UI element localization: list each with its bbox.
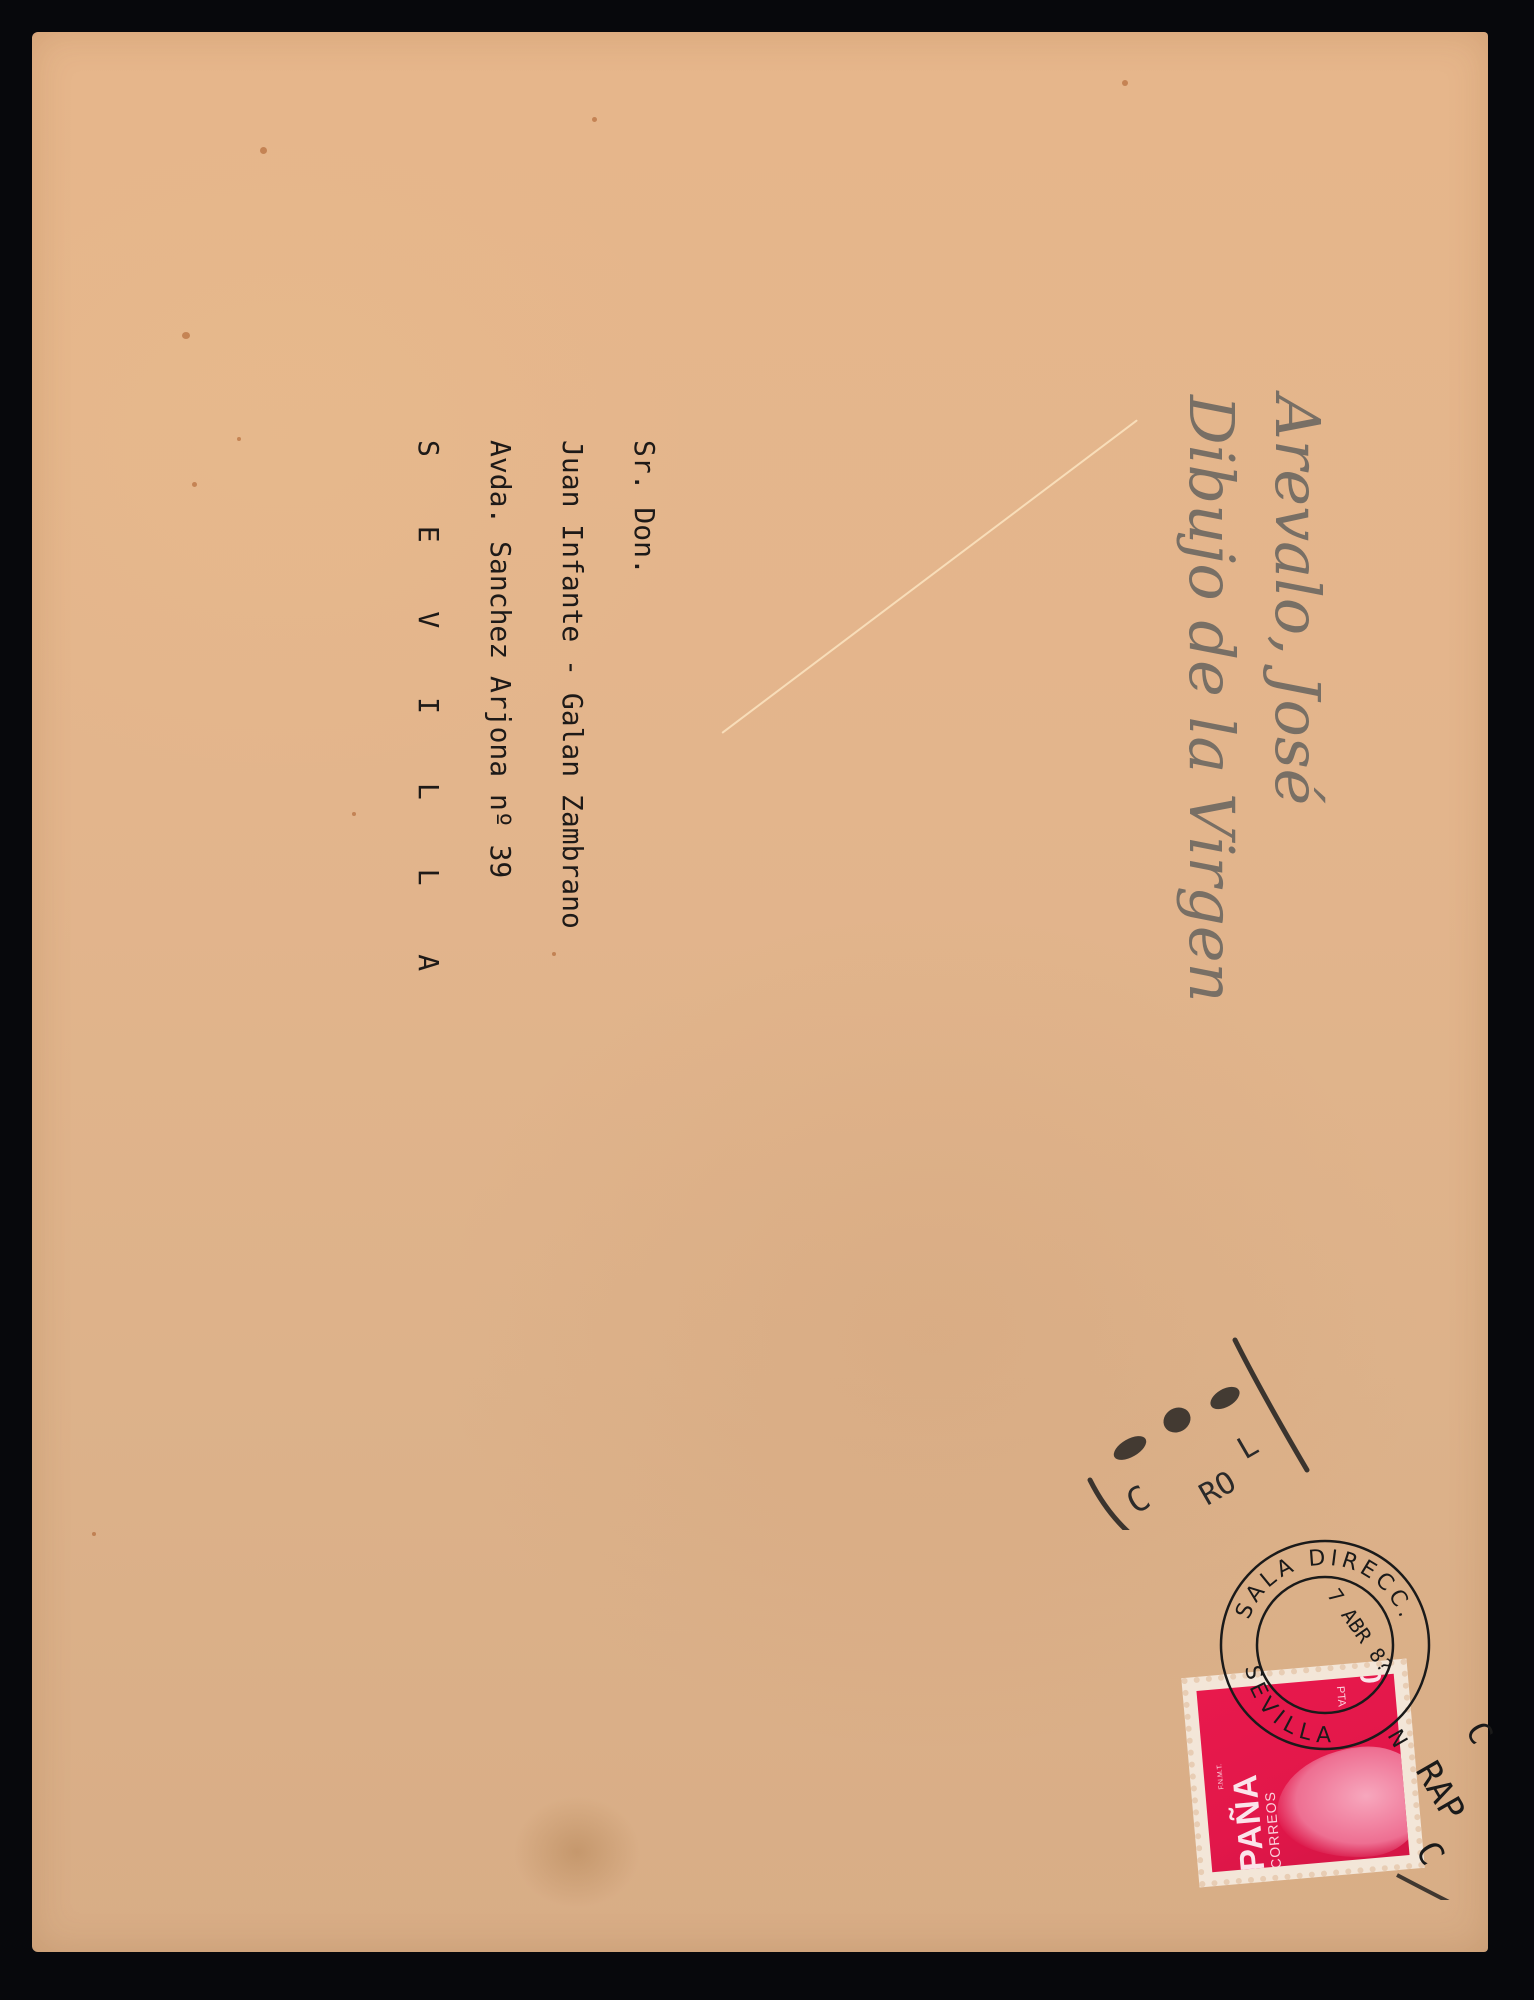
svg-text:RO: RO: [1194, 1465, 1243, 1513]
svg-text:L: L: [1232, 1428, 1265, 1467]
recipient-address: Sr. Don. Juan Infante - Galan Zambrano A…: [380, 440, 680, 1340]
paper-crease: [721, 419, 1137, 734]
svg-text:C: C: [1120, 1478, 1158, 1523]
partial-postmark-icon: C RAP C: [1395, 1700, 1495, 1900]
foxing-spot: [352, 812, 356, 816]
foxing-spot: [237, 437, 241, 441]
cancellation-mark: L RO C: [1085, 1330, 1345, 1530]
address-city: S E V I L L A: [392, 440, 464, 1340]
svg-text:C: C: [1458, 1715, 1495, 1751]
partial-postmark: C RAP C: [1395, 1700, 1495, 1900]
foxing-spot: [592, 117, 597, 122]
cancellation-strokes-icon: L RO C: [1085, 1330, 1345, 1530]
svg-text:C: C: [1407, 1835, 1452, 1873]
handwriting-line-2: Dibujo de la Virgen: [1168, 395, 1254, 1295]
foxing-spot: [92, 1532, 96, 1536]
pencil-annotation: Arevalo, José Dibujo de la Virgen: [1120, 395, 1340, 1295]
foxing-spot: [192, 482, 197, 487]
foxing-spot: [260, 147, 267, 154]
foxing-spot: [1122, 80, 1128, 86]
handwriting-line-1: Arevalo, José: [1254, 395, 1340, 1295]
address-salutation: Sr. Don.: [608, 440, 680, 1340]
foxing-spot: [182, 332, 190, 339]
address-name: Juan Infante - Galan Zambrano: [536, 440, 608, 1340]
svg-text:RAP: RAP: [1407, 1755, 1472, 1828]
address-street: Avda. Sanchez Arjona nº 39: [464, 440, 536, 1340]
portrait-icon: [1272, 1742, 1409, 1865]
stamp-printer: F.N.M.T.: [1216, 1764, 1225, 1790]
